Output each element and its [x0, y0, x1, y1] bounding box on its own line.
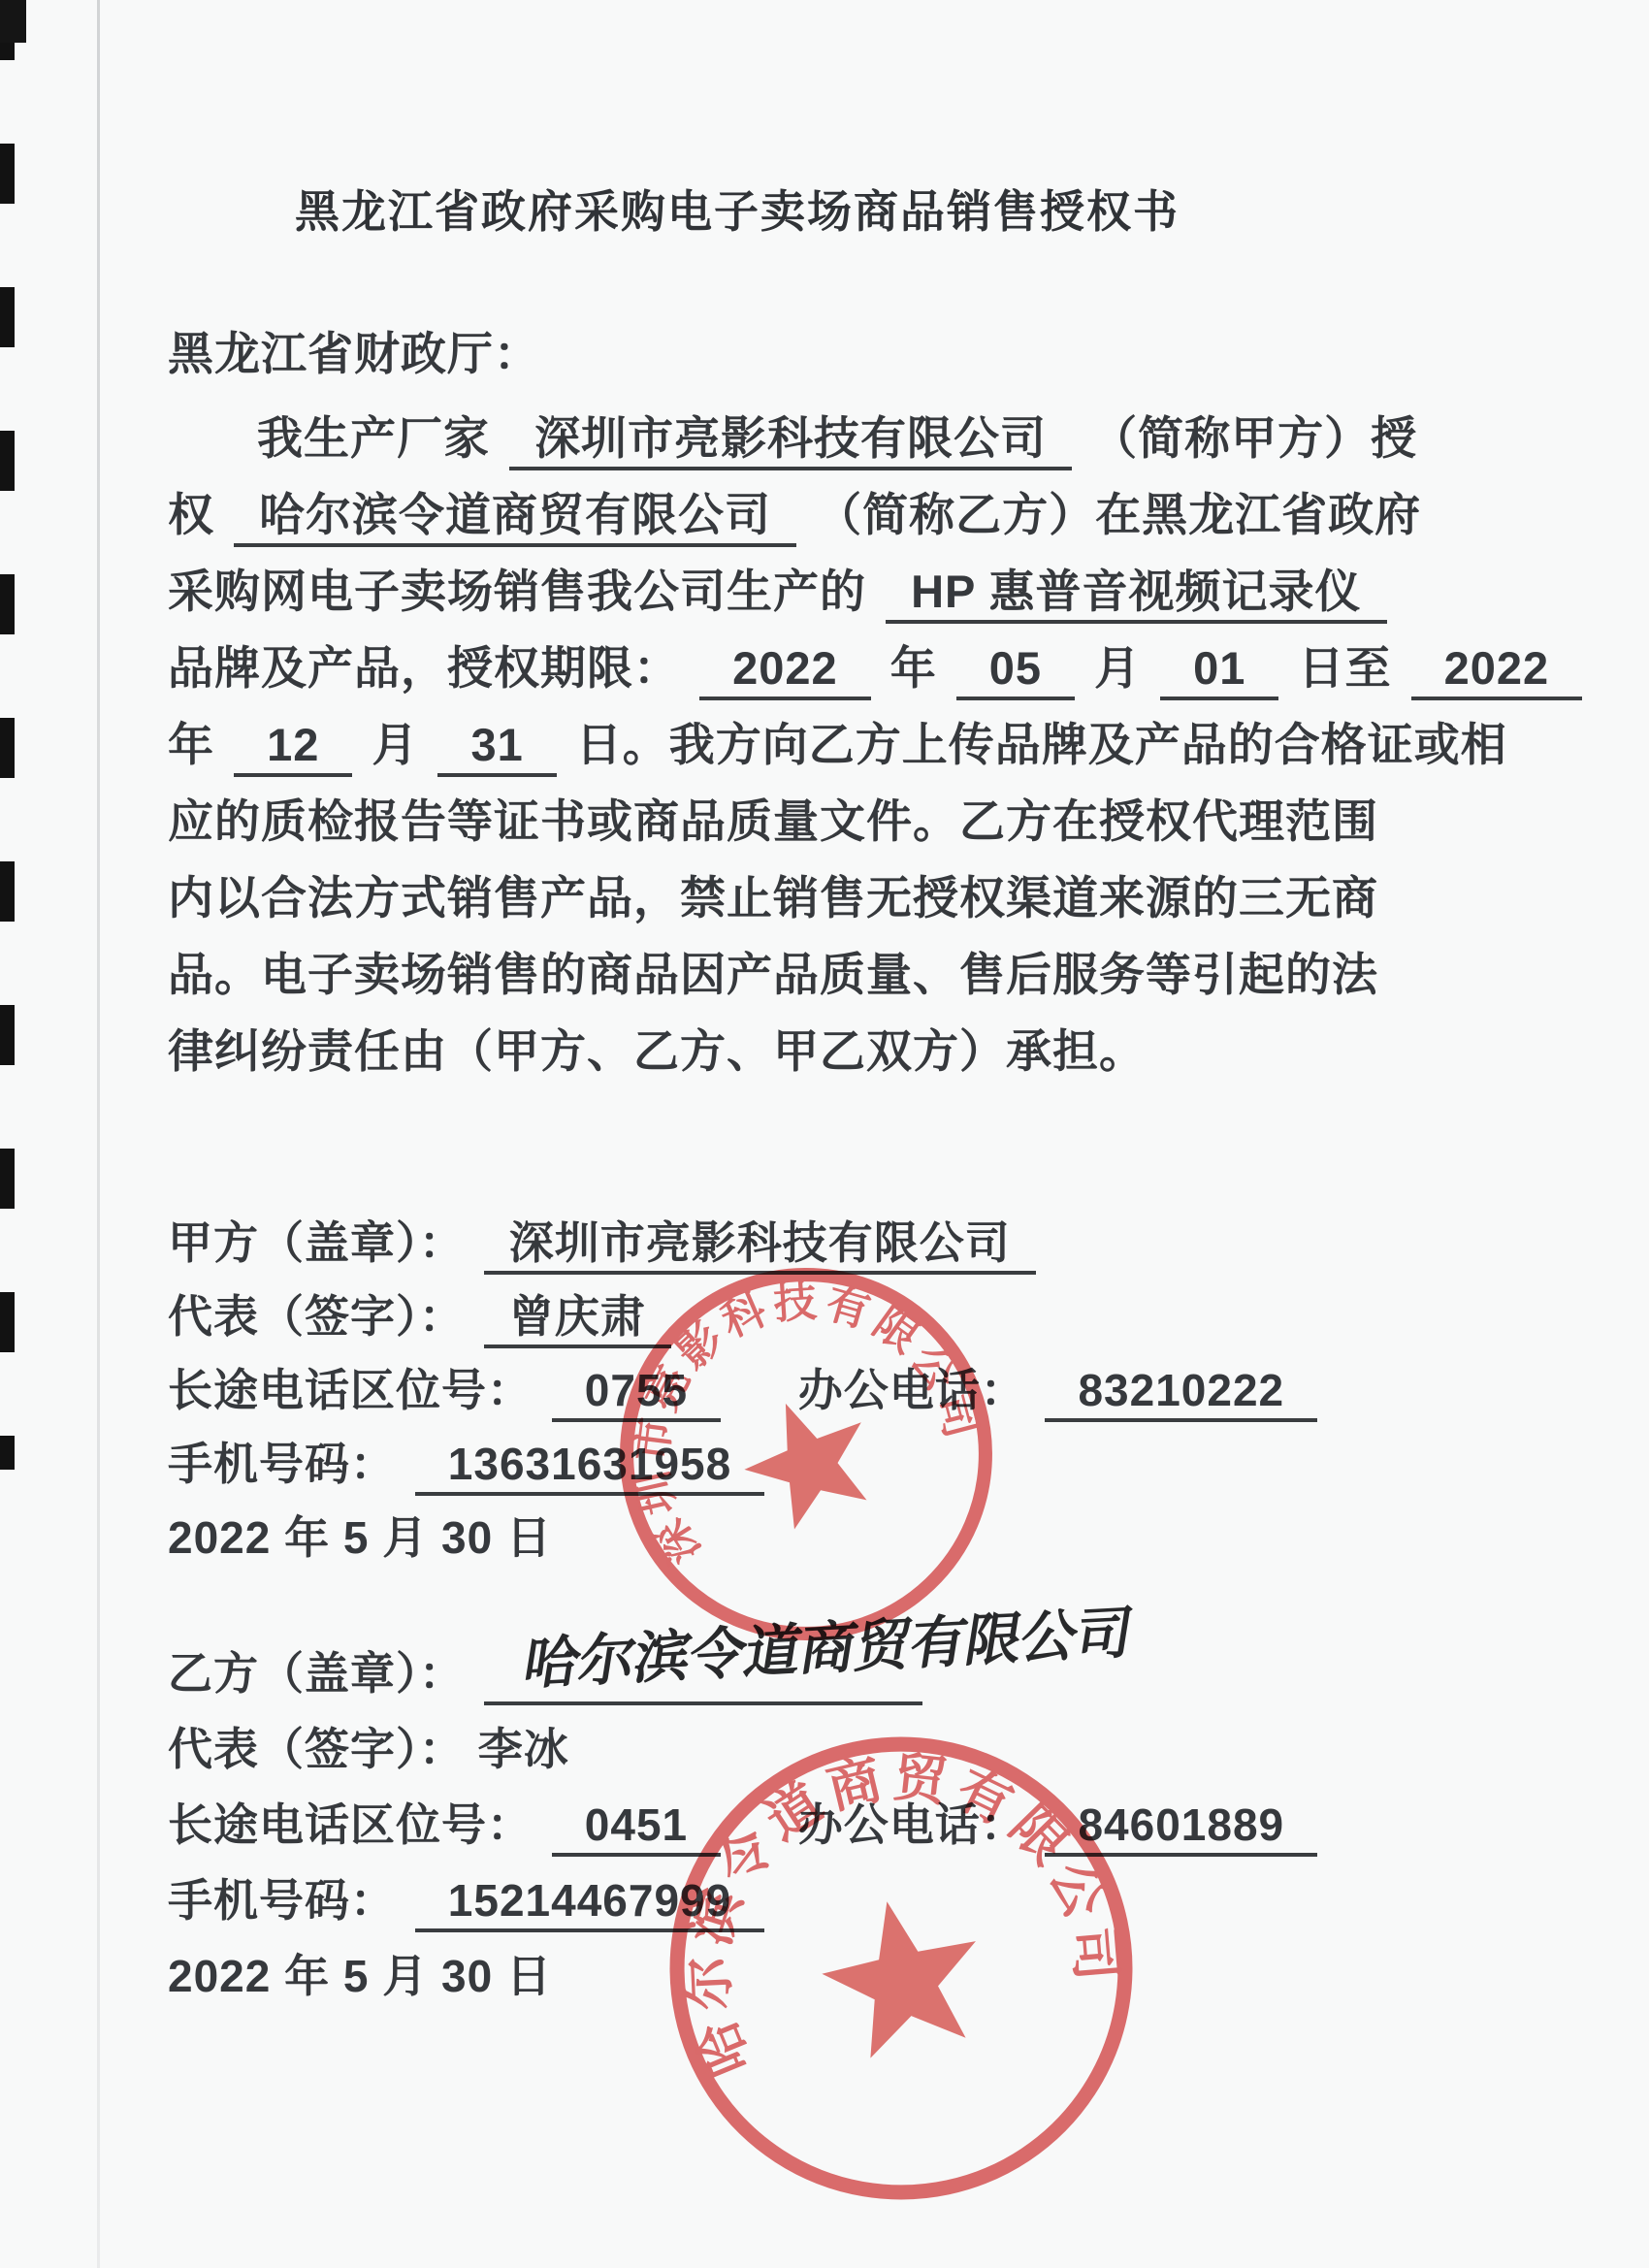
end-month-fill: 12: [234, 717, 352, 777]
party-a-rep-label: 代表（签字）：: [168, 1291, 465, 1342]
end-day-fill: 31: [437, 717, 556, 777]
body-text: 日。我方向乙方上传品牌及产品的合格证或相: [576, 719, 1507, 770]
body-text: （简称甲方）授: [1091, 412, 1417, 464]
body-text: 权: [168, 489, 214, 540]
start-day-fill: 01: [1160, 640, 1278, 700]
body-line-5: 年 12 月 31 日。我方向乙方上传品牌及产品的合格证或相: [168, 711, 1492, 788]
body-line-1: 我生产厂家 深圳市亮影科技有限公司 （简称甲方）授: [168, 405, 1492, 481]
end-year-fill: 2022: [1411, 640, 1583, 700]
body-line-7: 内以合法方式销售产品，禁止销售无授权渠道来源的三无商: [168, 864, 1492, 941]
scan-corner-artifact: [0, 0, 26, 43]
body-text: 日至: [1299, 642, 1392, 694]
body-text: （简称乙方）在黑龙江省政府: [816, 489, 1421, 540]
body-text: 月: [1094, 642, 1141, 694]
party-b-area-label: 长途电话区位号：: [168, 1799, 533, 1850]
scanned-document-page: 黑龙江省政府采购电子卖场商品销售授权书 黑龙江省财政厅： 我生产厂家 深圳市亮影…: [0, 0, 1649, 2268]
party-a-office-phone: 83210222: [1045, 1362, 1317, 1422]
body-line-6: 应的质检报告等证书或商品质量文件。乙方在授权代理范围: [168, 788, 1492, 864]
body-line-3: 采购网电子卖场销售我公司生产的 HP 惠普音视频记录仪: [168, 558, 1492, 634]
body-line-4: 品牌及产品，授权期限： 2022 年 05 月 01 日至 2022: [168, 634, 1492, 711]
page-crease-line: [97, 0, 100, 2268]
star-icon: [727, 1379, 889, 1538]
body-line-8: 品。电子卖场销售的商品因产品质量、售后服务等引起的法: [168, 941, 1492, 1018]
body-text: 采购网电子卖场销售我公司生产的: [168, 566, 866, 617]
party-b-seal-label: 乙方（盖章）：: [168, 1648, 465, 1699]
document-body: 黑龙江省财政厅： 我生产厂家 深圳市亮影科技有限公司 （简称甲方）授 权 哈尔滨…: [168, 320, 1492, 1094]
star-icon: [810, 1885, 995, 2064]
party-b-mobile-label: 手机号码：: [168, 1875, 396, 1926]
body-text: 品牌及产品，授权期限：: [168, 642, 680, 694]
body-line-2: 权 哈尔滨令道商贸有限公司 （简称乙方）在黑龙江省政府: [168, 481, 1492, 558]
body-line-9: 律纠纷责任由（甲方、乙方、甲乙双方）承担。: [168, 1018, 1492, 1094]
party-a-company-fill: 深圳市亮影科技有限公司: [509, 410, 1072, 470]
brand-fill: HP 惠普音视频记录仪: [886, 564, 1387, 624]
salutation: 黑龙江省财政厅：: [168, 320, 1492, 397]
party-b-rep-name: 李冰: [478, 1724, 569, 1774]
party-a-area-label: 长途电话区位号：: [168, 1365, 533, 1415]
body-text: 月: [372, 719, 418, 770]
start-month-fill: 05: [956, 640, 1075, 700]
body-text: 我生产厂家: [257, 412, 490, 464]
document-title: 黑龙江省政府采购电子卖场商品销售授权书: [0, 177, 1474, 241]
party-b-seal-stamp: 哈尔滨令道商贸有限公司: [612, 1679, 1189, 2256]
party-b-rep-label: 代表（签字）：: [168, 1724, 465, 1774]
body-text: 年: [890, 642, 937, 694]
body-text: 年: [168, 719, 214, 770]
start-year-fill: 2022: [699, 640, 871, 700]
party-a-mobile-label: 手机号码：: [168, 1439, 396, 1489]
party-a-seal-label: 甲方（盖章）：: [168, 1217, 465, 1268]
party-b-company-fill: 哈尔滨令道商贸有限公司: [234, 487, 796, 547]
